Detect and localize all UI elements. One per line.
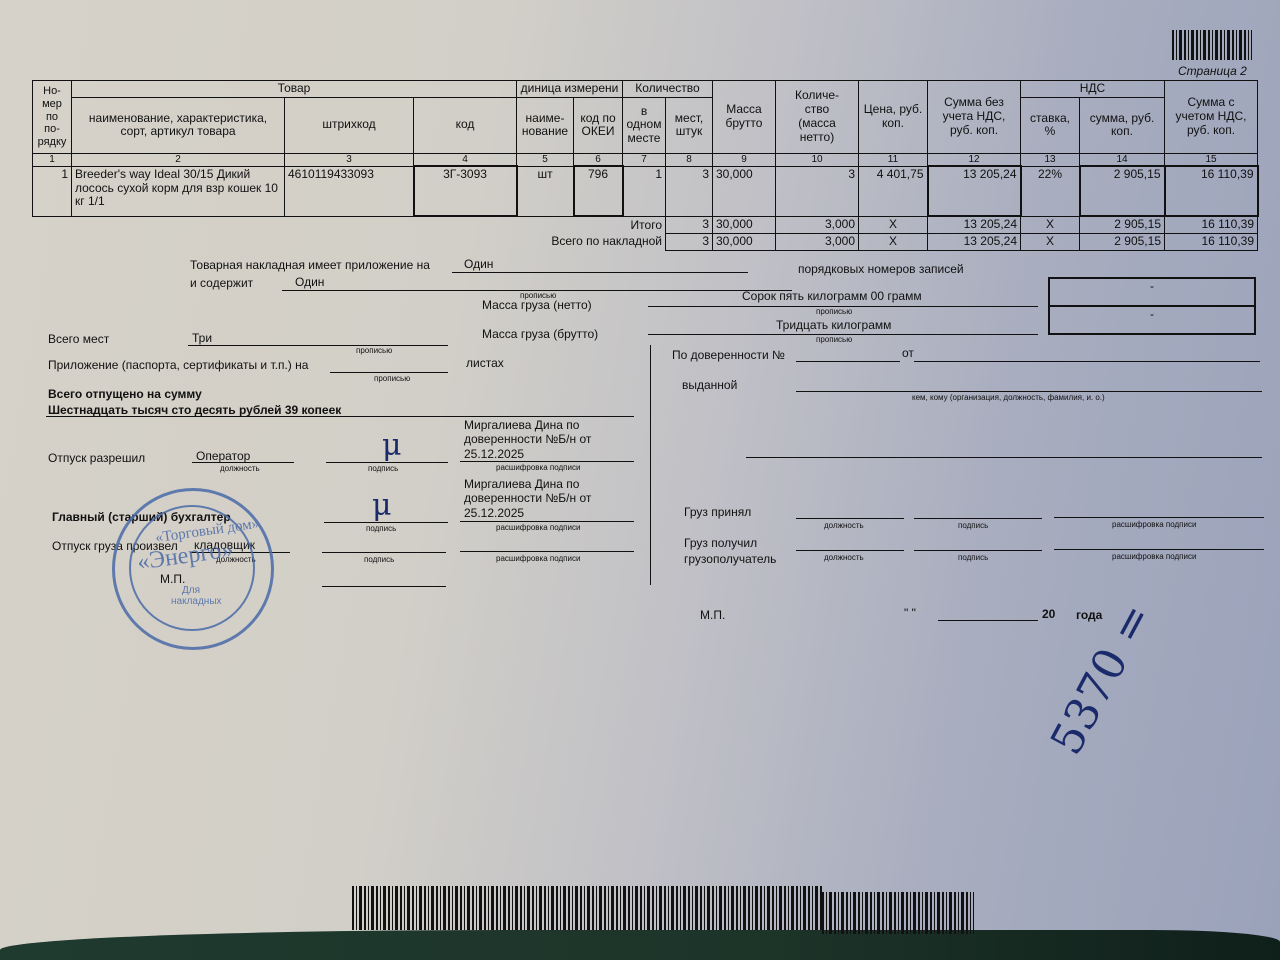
col-header-no: Но- мер по по- рядку	[33, 81, 72, 154]
column-number: 7	[623, 153, 666, 166]
mass-net-caption: прописью	[816, 307, 852, 316]
cell-okei: 796	[574, 166, 623, 216]
column-number: 11	[859, 153, 928, 166]
signature-mark-1: μ	[382, 428, 402, 463]
total-price: X	[859, 216, 928, 233]
cell-places: 3	[666, 166, 713, 216]
col-header-goods: Товар	[72, 81, 517, 98]
cell-vat-rate: 22%	[1021, 166, 1080, 216]
column-number: 6	[574, 153, 623, 166]
page-label: Страница 2	[1178, 64, 1247, 78]
grand-vat-rate: X	[1021, 234, 1080, 251]
date-quotes: " "	[904, 606, 916, 620]
column-number: 13	[1021, 153, 1080, 166]
grand-vat-sum: 2 905,15	[1080, 234, 1165, 251]
release-permitted-decode: Миргалиева Дина по доверенности №Б/н от …	[464, 418, 614, 461]
table-surface-background	[0, 930, 1280, 960]
appendix-caption: прописью	[374, 374, 410, 383]
sign-caption: подпись	[366, 524, 396, 533]
cell-no: 1	[33, 166, 72, 216]
bottom-barcode-right	[822, 892, 974, 934]
grand-net: 3,000	[776, 234, 859, 251]
totals-row-all: Всего по накладной 3 30,000 3,000 X 13 2…	[33, 234, 1258, 251]
mass-gross-label: Масса груза (брутто)	[482, 327, 598, 341]
total-released-label: Всего отпущено на сумму	[48, 387, 202, 401]
appendix-suffix: листах	[466, 356, 504, 370]
mp-right: М.П.	[700, 608, 725, 622]
cell-unit: шт	[517, 166, 574, 216]
totals-label: Итого	[33, 216, 666, 233]
top-barcode	[1172, 30, 1252, 60]
total-vat-sum: 2 905,15	[1080, 216, 1165, 233]
mass-gross-value: Тридцать килограмм	[776, 318, 891, 332]
contains-value: Один	[295, 275, 324, 289]
attachment-value: Один	[464, 257, 493, 271]
cell-name: Breeder's way Ideal 30/15 Дикий лосось с…	[72, 166, 285, 216]
invoice-table: Но- мер по по- рядку Товар диница измере…	[32, 80, 1259, 251]
signature-mark-2: μ	[372, 488, 392, 523]
column-number: 14	[1080, 153, 1165, 166]
table-row: 1 Breeder's way Ideal 30/15 Дикий лосось…	[33, 166, 1258, 216]
cell-net: 3	[776, 166, 859, 216]
grand-total-label: Всего по накладной	[33, 234, 666, 251]
mass-gross-box: -	[1048, 305, 1256, 335]
col-header-vat-rate: ставка, %	[1021, 97, 1080, 153]
col-header-gross: Масса брутто	[713, 81, 776, 154]
grand-price: X	[859, 234, 928, 251]
company-stamp: «Торговый дом» «Энерго» Для накладных	[112, 488, 274, 650]
total-places: 3	[666, 216, 713, 233]
position-caption: должность	[824, 521, 864, 530]
proxy-issued-caption: кем, кому (организация, должность, фамил…	[912, 393, 1105, 402]
col-header-unit-name: наиме- нование	[517, 97, 574, 153]
grand-sum-with-vat: 16 110,39	[1165, 234, 1258, 251]
total-sum-no-vat: 13 205,24	[928, 216, 1021, 233]
col-header-net: Количе- ство (масса нетто)	[776, 81, 859, 154]
cargo-received-label: Груз получил грузополучатель	[684, 535, 794, 567]
column-number: 9	[713, 153, 776, 166]
total-sum-with-vat: 16 110,39	[1165, 216, 1258, 233]
cell-per-place: 1	[623, 166, 666, 216]
release-permitted-label: Отпуск разрешил	[48, 451, 145, 465]
grand-sum-no-vat: 13 205,24	[928, 234, 1021, 251]
col-header-okei: код по ОКЕИ	[574, 97, 623, 153]
cell-vat-sum: 2 905,15	[1080, 166, 1165, 216]
col-header-price: Цена, руб. коп.	[859, 81, 928, 154]
sign-caption: подпись	[364, 555, 394, 564]
column-number: 3	[285, 153, 414, 166]
sign-caption: подпись	[958, 521, 988, 530]
col-header-vat: НДС	[1021, 81, 1165, 98]
places-label: Всего мест	[48, 332, 109, 346]
decode-caption: расшифровка подписи	[1112, 552, 1196, 561]
places-caption: прописью	[356, 346, 392, 355]
proxy-issued: выданной	[682, 378, 737, 392]
sign-caption: подпись	[368, 464, 398, 473]
col-header-name: наименование, характеристика, сорт, арти…	[72, 97, 285, 153]
column-number: 8	[666, 153, 713, 166]
cell-sum-no-vat: 13 205,24	[928, 166, 1021, 216]
cargo-accepted-label: Груз принял	[684, 505, 751, 519]
col-header-per-place: в одном месте	[623, 97, 666, 153]
col-header-sum-no-vat: Сумма без учета НДС, руб. коп.	[928, 81, 1021, 154]
mass-net-box: -	[1048, 277, 1256, 307]
bottom-barcode	[352, 886, 824, 930]
places-value: Три	[192, 331, 212, 345]
col-header-qty: Количество	[623, 81, 713, 98]
attachment-label: Товарная накладная имеет приложение на	[190, 258, 430, 272]
col-header-barcode: штрихкод	[285, 97, 414, 153]
column-number: 12	[928, 153, 1021, 166]
column-number: 15	[1165, 153, 1258, 166]
contains-label: и содержит	[190, 276, 253, 290]
column-number: 5	[517, 153, 574, 166]
total-released-value: Шестнадцать тысяч сто десять рублей 39 к…	[48, 403, 341, 417]
proxy-from: от	[902, 346, 914, 360]
decode-caption: расшифровка подписи	[496, 463, 580, 472]
date-year-suffix: года	[1076, 608, 1102, 622]
grand-places: 3	[666, 234, 713, 251]
release-permitted-position: Оператор	[196, 449, 250, 463]
records-label: порядковых номеров записей	[798, 262, 964, 276]
date-year-prefix: 20	[1042, 607, 1055, 621]
total-vat-rate: X	[1021, 216, 1080, 233]
totals-row-itogo: Итого 3 30,000 3,000 X 13 205,24 X 2 905…	[33, 216, 1258, 233]
column-number: 4	[414, 153, 517, 166]
appendix-label: Приложение (паспорта, сертификаты и т.п.…	[48, 358, 308, 372]
cell-barcode: 4610119433093	[285, 166, 414, 216]
mass-net-value: Сорок пять килограмм 00 грамм	[742, 289, 922, 303]
sign-caption: подпись	[958, 553, 988, 562]
decode-caption: расшифровка подписи	[496, 523, 580, 532]
col-header-unit: диница измерени	[517, 81, 623, 98]
cell-price: 4 401,75	[859, 166, 928, 216]
grand-gross: 30,000	[713, 234, 776, 251]
col-header-sum-with-vat: Сумма с учетом НДС, руб. коп.	[1165, 81, 1258, 154]
cell-sum-with-vat: 16 110,39	[1165, 166, 1258, 216]
column-number: 1	[33, 153, 72, 166]
total-gross: 30,000	[713, 216, 776, 233]
cell-code: 3Г-3093	[414, 166, 517, 216]
cell-gross: 30,000	[713, 166, 776, 216]
col-header-places: мест, штук	[666, 97, 713, 153]
col-header-vat-sum: сумма, руб. коп.	[1080, 97, 1165, 153]
col-header-code: код	[414, 97, 517, 153]
mass-gross-caption: прописью	[816, 335, 852, 344]
column-number: 10	[776, 153, 859, 166]
section-divider	[650, 345, 651, 585]
mass-net-label: Масса груза (нетто)	[482, 298, 592, 312]
stamp-purpose: Для накладных	[171, 585, 211, 607]
position-caption: должность	[220, 464, 260, 473]
position-caption: должность	[824, 553, 864, 562]
chief-accountant-decode: Миргалиева Дина по доверенности №Б/н от …	[464, 477, 614, 520]
decode-caption: расшифровка подписи	[1112, 520, 1196, 529]
decode-caption: расшифровка подписи	[496, 554, 580, 563]
column-numbers-row: 123456789101112131415	[33, 153, 1258, 166]
proxy-label: По доверенности №	[672, 348, 785, 362]
column-number: 2	[72, 153, 285, 166]
total-net: 3,000	[776, 216, 859, 233]
